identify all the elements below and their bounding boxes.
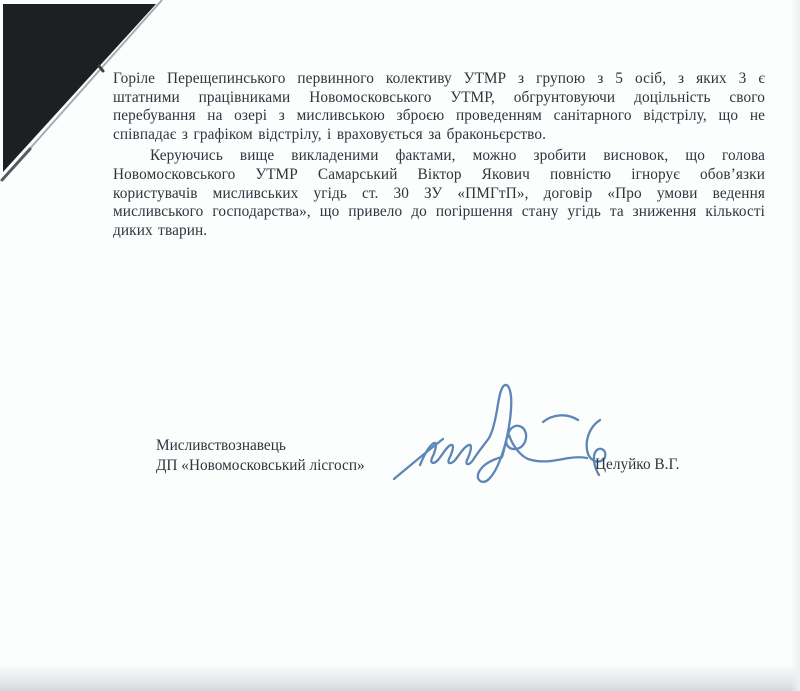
signature-entry-stroke — [394, 439, 443, 479]
body-line: Новомосковського УТМР Самарський Віктор … — [113, 166, 765, 185]
signature-main-stroke — [420, 385, 587, 482]
scanned-document-page: Горіле Перещепинського первинного колект… — [0, 0, 800, 691]
body-line: користувачів мисливських угідь ст. 30 ЗУ… — [113, 185, 765, 204]
paragraph: Керуючись вище викладеними фактами, можн… — [113, 147, 765, 240]
signer-position-title: Мисливствознавець — [156, 436, 365, 456]
fold-line-nick — [99, 66, 103, 71]
body-line: співпадає з графіком відстрілу, і врахов… — [113, 126, 765, 145]
body-line: перебування на озері з мисливською зброє… — [113, 107, 765, 126]
signer-name: Целуйко В.Г. — [595, 456, 679, 474]
letter-body: Горіле Перещепинського первинного колект… — [113, 70, 765, 240]
body-line: мисливського господарства», що привело д… — [113, 203, 765, 222]
signature-top-arc — [543, 415, 578, 422]
paragraph: Горіле Перещепинського первинного колект… — [113, 70, 765, 144]
page-fold-line-dark-tip — [2, 149, 30, 180]
body-line: штатними працівниками Новомосковського У… — [113, 89, 765, 108]
scan-edge-right — [791, 0, 800, 691]
body-line: Керуючись вище викладеними фактами, можн… — [113, 147, 765, 166]
scan-edge-bottom — [0, 665, 800, 691]
signer-organization: ДП «Новомосковський лісгосп» — [156, 456, 365, 476]
body-line: диких тварин. — [113, 222, 765, 241]
body-line: Горіле Перещепинського первинного колект… — [113, 70, 765, 89]
signature-block: Мисливствознавець ДП «Новомосковський лі… — [156, 436, 365, 475]
